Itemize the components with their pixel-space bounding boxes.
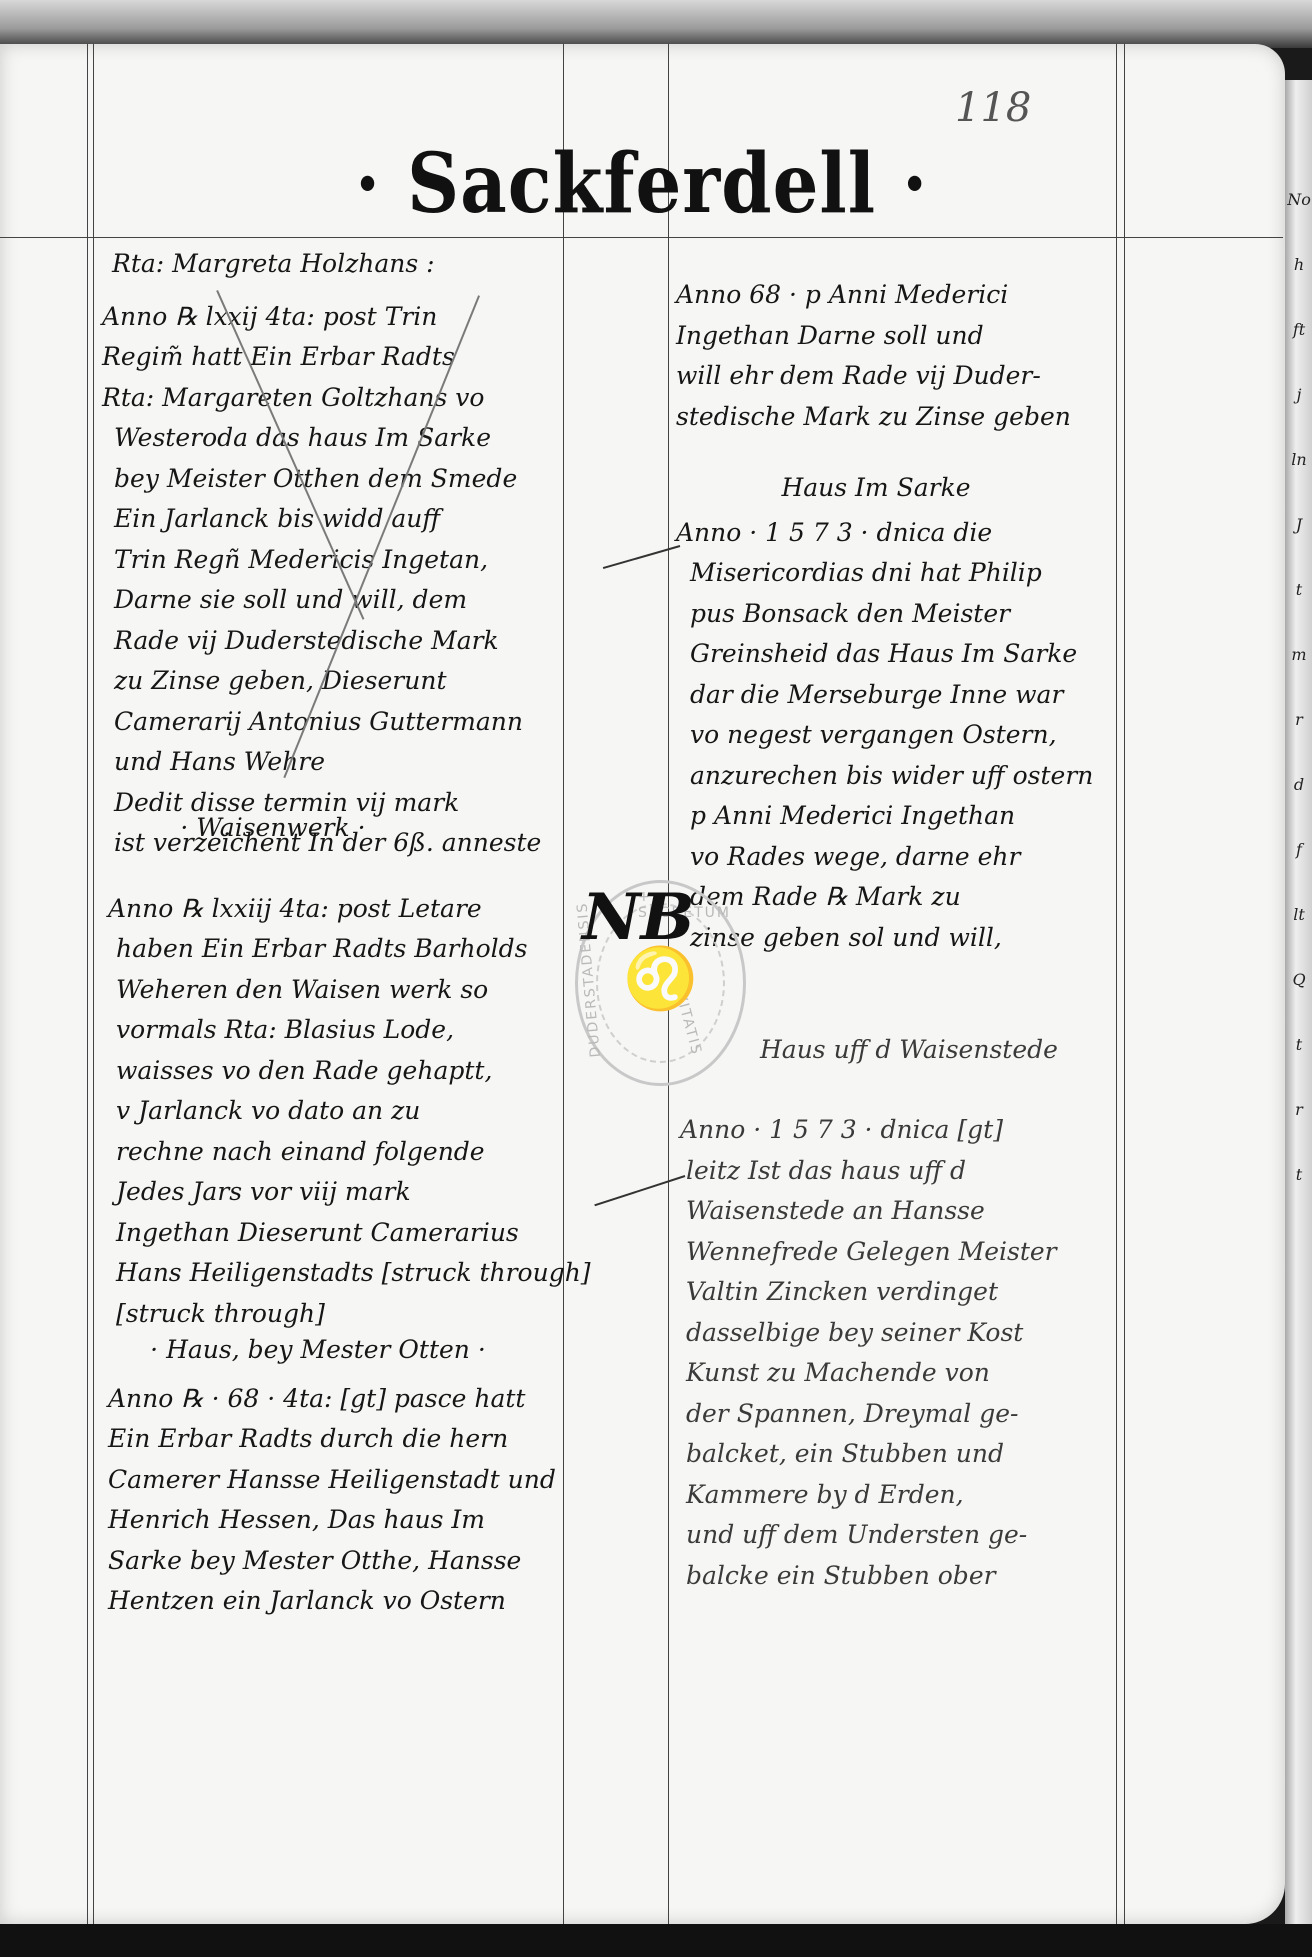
edge-glyph: r (1295, 1100, 1303, 1119)
edge-glyph: J (1296, 515, 1302, 534)
entry-line: Waisenstede an Hansse (680, 1191, 1057, 1232)
edge-glyph: j (1297, 385, 1302, 404)
entry-line: leitz Ist das haus uff d (680, 1151, 1057, 1192)
entry-line: Rade vij Duderstedische Mark (102, 621, 541, 662)
entry-line: will ehr dem Rade vij Duder- (676, 356, 1071, 397)
edge-glyph: No (1287, 190, 1311, 209)
entry-line: Sarke bey Mester Otthe, Hansse (108, 1541, 556, 1582)
left-entry-haus-mester-otten: · Haus, bey Mester Otten · Anno ℞ · 68 ·… (108, 1330, 556, 1622)
entry-line: Weheren den Waisen werk so (108, 970, 591, 1011)
entry-line: haben Ein Erbar Radts Barholds (108, 929, 591, 970)
entry-line: Hentzen ein Jarlanck vo Ostern (108, 1581, 556, 1622)
entry-line: Valtin Zincken verdinget (680, 1272, 1057, 1313)
edge-glyph: t (1296, 580, 1302, 599)
nota-bene-mark: NB (582, 880, 695, 955)
entry-line: Wennefrede Gelegen Meister (680, 1232, 1057, 1273)
entry-line: Misericordias dni hat Philip (676, 553, 1093, 594)
entry-line: waisses vo den Rade gehaptt, (108, 1051, 591, 1092)
entry-line: der Spannen, Dreymal ge- (680, 1394, 1057, 1435)
edge-glyph: t (1296, 1035, 1302, 1054)
edge-glyph: f (1296, 840, 1302, 859)
book-bottom-edge (0, 1924, 1312, 1957)
edge-glyph: t (1296, 1165, 1302, 1184)
edge-glyph: ft (1293, 320, 1305, 339)
entry-line: anzurechen bis wider uff ostern (676, 756, 1093, 797)
entry-line: Anno · 1 5 7 3 · dnica die (676, 513, 1093, 554)
entry-line: vormals Rta: Blasius Lode, (108, 1010, 591, 1051)
edge-glyph: h (1294, 255, 1304, 274)
next-page-edge-glyphs: No h ft j ln J t m r d f lt Q t r t (1288, 190, 1310, 1184)
entry-line: Ein Jarlanck bis widd auff (102, 499, 541, 540)
entry-heading: Haus uff d Waisenstede (760, 1030, 1058, 1071)
entry-line: p Anni Mederici Ingethan (676, 796, 1093, 837)
entry-line-struck: Hans Heiligenstadts [struck through] (108, 1253, 591, 1294)
entry-line: balcket, ein Stubben und (680, 1434, 1057, 1475)
entry-line: Anno ℞ lxxiij 4ta: post Letare (108, 889, 591, 930)
margin-rule-left-inner (93, 44, 94, 1924)
edge-glyph: r (1295, 710, 1303, 729)
entry-line: vo Rades wege, darne ehr (676, 837, 1093, 878)
right-entry-haus-waisenstede: Anno · 1 5 7 3 · dnica [gt] leitz Ist da… (680, 1110, 1057, 1596)
edge-glyph: lt (1293, 905, 1305, 924)
entry-line: Regim̃ hatt Ein Erbar Radts (102, 337, 541, 378)
right-entry-continuation: Anno 68 · p Anni Mederici Ingethan Darne… (676, 275, 1071, 437)
margin-rule-right-inner (1124, 44, 1125, 1924)
right-entry-haus-waisenstede-heading: Haus uff d Waisenstede (760, 1030, 1058, 1071)
entry-line: Trin Regñ Medericis Ingetan, (102, 540, 541, 581)
entry-line: Jedes Jars vor viij mark (108, 1172, 591, 1213)
entry-heading: · Haus, bey Mester Otten · (108, 1330, 528, 1371)
edge-glyph: ln (1291, 450, 1306, 469)
entry-line: dasselbige bey seiner Kost (680, 1313, 1057, 1354)
entry-line: Anno · 1 5 7 3 · dnica [gt] (680, 1110, 1057, 1151)
entry-line: Westeroda das haus Im Sarke (102, 418, 541, 459)
entry-line: Ingethan Darne soll und (676, 316, 1071, 357)
entry-line: pus Bonsack den Meister (676, 594, 1093, 635)
entry-line: Darne sie soll und will, dem (102, 580, 541, 621)
entry-line: Anno 68 · p Anni Mederici (676, 275, 1071, 316)
edge-glyph: Q (1292, 970, 1305, 989)
entry-line: Greinsheid das Haus Im Sarke (676, 634, 1093, 675)
entry-heading: Rta: Margreta Holzhans : (102, 244, 541, 285)
edge-glyph: m (1291, 645, 1306, 664)
book-top-edge (0, 0, 1312, 48)
left-entry-margreta: Rta: Margreta Holzhans : Anno ℞ lxxij 4t… (102, 244, 541, 864)
page-title: · Sackferdell · (355, 134, 928, 232)
entry-line: vo negest vergangen Ostern, (676, 715, 1093, 756)
entry-line: Ingethan Dieserunt Camerarius (108, 1213, 591, 1254)
entry-line: Anno ℞ · 68 · 4ta: [gt] pasce hatt (108, 1379, 556, 1420)
entry-line: Camerarij Antonius Guttermann (102, 702, 541, 743)
margin-rule-right-outer (1116, 44, 1117, 1924)
entry-line: stedische Mark zu Zinse geben (676, 397, 1071, 438)
entry-line: dar die Merseburge Inne war (676, 675, 1093, 716)
entry-line: Henrich Hessen, Das haus Im (108, 1500, 556, 1541)
entry-line: bey Meister Otthen dem Smede (102, 459, 541, 500)
entry-line: Rta: Margareten Goltzhans vo (102, 378, 541, 419)
entry-line: Kammere by d Erden, (680, 1475, 1057, 1516)
entry-line: und uff dem Understen ge- (680, 1515, 1057, 1556)
title-underline-rule (0, 237, 1283, 238)
entry-line: Kunst zu Machende von (680, 1353, 1057, 1394)
entry-line: Camerer Hansse Heiligenstadt und (108, 1460, 556, 1501)
entry-line-struck: [struck through] (108, 1294, 591, 1335)
right-entry-haus-im-sarke: Haus Im Sarke Anno · 1 5 7 3 · dnica die… (676, 468, 1093, 958)
entry-line: v Jarlanck vo dato an zu (108, 1091, 591, 1132)
entry-line: und Hans Wehre (102, 742, 541, 783)
entry-heading: · Waisenwerk · (108, 808, 438, 849)
entry-line: balcke ein Stubben ober (680, 1556, 1057, 1597)
entry-line: Ein Erbar Radts durch die hern (108, 1419, 556, 1460)
margin-rule-left-outer (87, 44, 88, 1924)
entry-line: rechne nach einand folgende (108, 1132, 591, 1173)
entry-heading: Haus Im Sarke (676, 468, 1076, 509)
folio-number: 118 (955, 85, 1031, 131)
left-entry-waisenwerk: · Waisenwerk · Anno ℞ lxxiij 4ta: post L… (108, 808, 591, 1334)
edge-glyph: d (1294, 775, 1304, 794)
